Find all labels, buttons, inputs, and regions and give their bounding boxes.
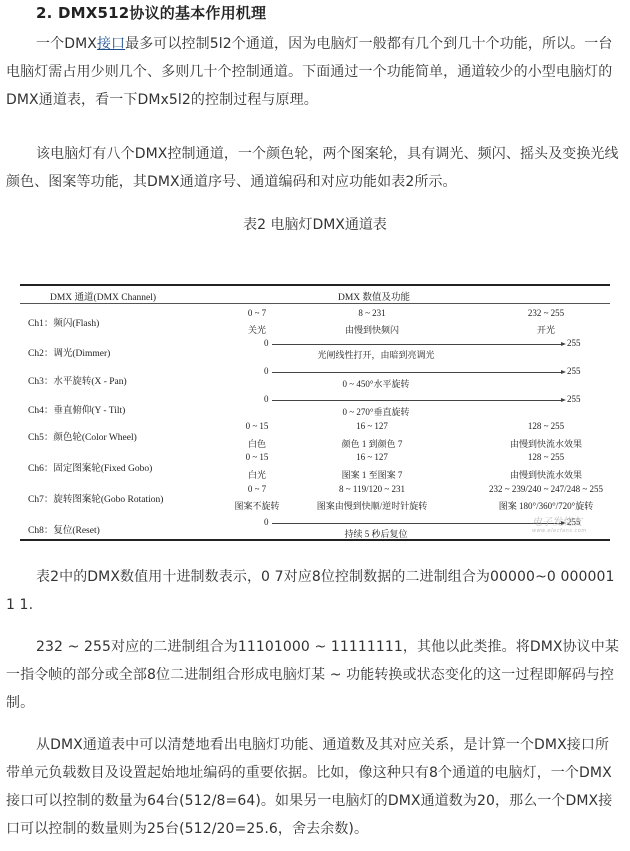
arrow-start: 0 — [264, 338, 269, 348]
paragraph-binary: 232 ~ 255对应的二进制组合为11101000 ~ 11111111，其他… — [6, 633, 622, 717]
arrow-head-icon — [561, 342, 566, 346]
function-cell: 白光 — [248, 468, 266, 481]
arrow-head-icon — [561, 370, 566, 374]
function-cell: 图案 1 至图案 7 — [342, 468, 403, 481]
function-cell: 图案由慢到快顺/逆时针旋转 — [317, 499, 428, 512]
channel-label: Ch7：旋转图案轮(Gobo Rotation) — [28, 491, 163, 505]
range-cell: 0 ~ 15 — [246, 452, 269, 462]
arrow-line — [272, 400, 562, 401]
function-cell: 由慢到快流水效果 — [510, 468, 582, 481]
range-cell: 16 ~ 127 — [356, 421, 388, 431]
range-cell: 0 ~ 7 — [248, 308, 266, 318]
channel-label: Ch4：垂直俯仰(Y - Tilt) — [28, 402, 125, 416]
paragraph-calculation: 从DMX通道表中可以清楚地看出电脑灯功能、通道数及其对应关系，是计算一个DMX接… — [6, 731, 622, 843]
header-channel: DMX 通道(DMX Channel) — [50, 289, 156, 303]
function-cell: 由慢到快频闪 — [345, 323, 399, 336]
arrow-start: 0 — [264, 394, 269, 404]
range-cell: 8 ~ 119/120 ~ 231 — [339, 484, 405, 494]
paragraph-intro: 一个DMX接口最多可以控制5l2个通道，因为电脑灯一般都有几个到几十个功能，所以… — [6, 30, 622, 114]
function-cell: 颜色 1 到颜色 7 — [342, 437, 403, 450]
channel-label: Ch1：频闪(Flash) — [28, 315, 99, 329]
function-cell: 光闸线性打开，由暗到亮调光 — [317, 348, 434, 361]
function-cell: 关光 — [248, 323, 266, 336]
arrow-end: 255 — [567, 366, 581, 376]
function-cell: 0 ~ 450°水平旋转 — [343, 377, 410, 390]
paragraph-text: 一个DMX — [36, 36, 97, 52]
table-caption: 表2 电脑灯DMX通道表 — [0, 214, 630, 234]
arrow-start: 0 — [264, 517, 269, 527]
arrow-line — [272, 372, 562, 373]
range-cell: 0 ~ 7 — [248, 484, 266, 494]
arrow-head-icon — [561, 398, 566, 402]
function-cell: 图案 180°/360°/720°旋转 — [499, 499, 594, 512]
channel-label: Ch2：调光(Dimmer) — [28, 345, 110, 359]
function-cell: 由慢到快流水效果 — [510, 437, 582, 450]
paragraph-channels: 该电脑灯有八个DMX控制通道，一个颜色轮，两个图案轮，具有调光、频闪、摇头及变换… — [6, 140, 622, 196]
table-bottom-rule — [20, 539, 610, 541]
link-interface[interactable]: 接口 — [97, 36, 125, 52]
range-cell: 128 ~ 255 — [528, 421, 564, 431]
range-cell: 0 ~ 15 — [246, 421, 269, 431]
function-cell: 图案不旋转 — [234, 499, 279, 512]
header-values: DMX 数值及功能 — [338, 289, 410, 303]
arrow-end: 255 — [567, 338, 581, 348]
function-cell: 0 ~ 270°垂直旋转 — [343, 405, 410, 418]
table-top-rule — [20, 284, 610, 286]
range-cell: 232 ~ 255 — [528, 308, 564, 318]
channel-label: Ch8：复位(Reset) — [28, 522, 100, 536]
watermark-logo: 电子发烧友www.elecfans.com — [532, 513, 587, 534]
channel-label: Ch5：颜色轮(Color Wheel) — [28, 429, 137, 443]
arrow-end: 255 — [567, 394, 581, 404]
channel-label: Ch6：固定图案轮(Fixed Gobo) — [28, 460, 152, 474]
watermark-url: www.elecfans.com — [532, 528, 587, 534]
paragraph-decimal: 表2中的DMX数值用十进制数表示，0 7对应8位控制数据的二进制组合为00000… — [6, 563, 622, 619]
watermark-text: 电子发烧友 — [532, 517, 582, 528]
range-cell: 16 ~ 127 — [356, 452, 388, 462]
table-header-rule — [20, 303, 610, 304]
function-cell: 开光 — [537, 323, 555, 336]
arrow-start: 0 — [264, 366, 269, 376]
range-cell: 8 ~ 231 — [358, 308, 385, 318]
range-cell: 232 ~ 239/240 ~ 247/248 ~ 255 — [489, 484, 603, 494]
arrow-line — [272, 523, 562, 524]
channel-label: Ch3：水平旋转(X - Pan) — [28, 373, 127, 387]
arrow-line — [272, 344, 562, 345]
function-cell: 白色 — [248, 437, 266, 450]
range-cell: 128 ~ 255 — [528, 452, 564, 462]
dmx-channel-table: DMX 通道(DMX Channel) DMX 数值及功能 Ch1：频闪(Fla… — [20, 284, 610, 541]
section-heading: 2. DMX512协议的基本作用机理 — [36, 2, 266, 23]
